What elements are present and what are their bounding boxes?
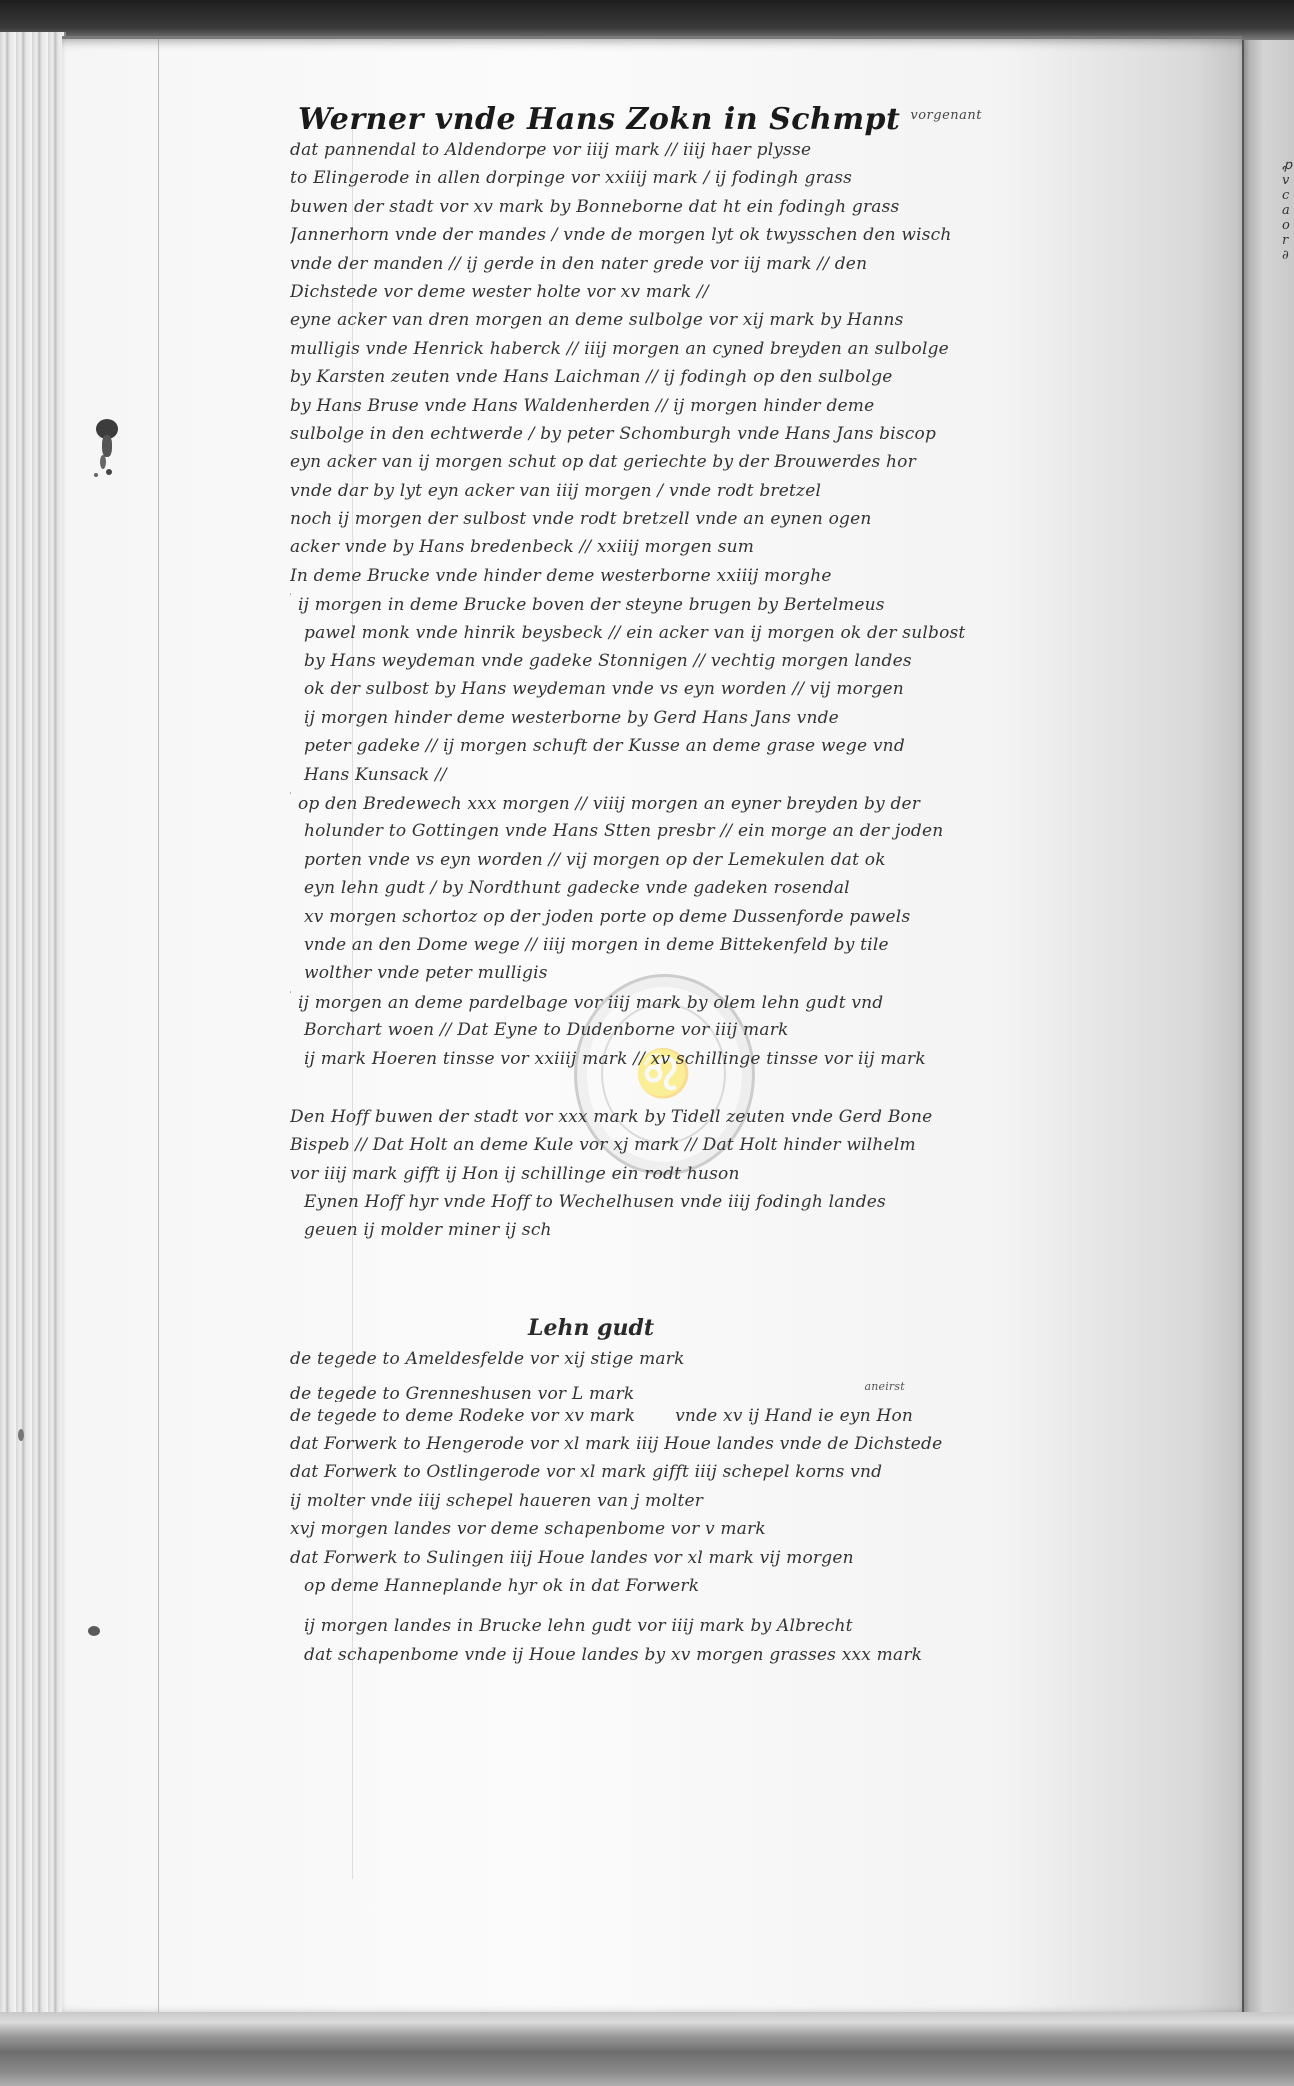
scanner-bottom-edge: [0, 2012, 1294, 2086]
ink-speck: [88, 1626, 100, 1636]
text-line: sulbolge in den echtwerde / by peter Sch…: [290, 420, 1190, 448]
text-line: Borchart woen // Dat Eyne to Dudenborne …: [290, 1016, 1190, 1044]
text-line: dat Forwerk to Hengerode vor xl mark iii…: [290, 1430, 1190, 1458]
section-3: ¶op den Bredewech xxx morgen // viiij mo…: [290, 789, 1190, 988]
text-line: xvj morgen landes vor deme schapenbome v…: [290, 1515, 1190, 1543]
text-line: eyn acker van ij morgen schut op dat ger…: [290, 448, 1190, 476]
text-line: Eynen Hoff hyr vnde Hoff to Wechelhusen …: [290, 1188, 1190, 1216]
spacer: [290, 1073, 1190, 1103]
marginal-addition: vnde xv ij Hand ie eyn Hon: [675, 1406, 913, 1426]
stacked-page-edges: [0, 32, 66, 2016]
paragraph-mark-icon: ¶: [290, 988, 298, 1016]
text-line: buwen der stadt vor xv mark by Bonneborn…: [290, 193, 1190, 221]
text-line: by Hans Bruse vnde Hans Waldenherden // …: [290, 392, 1190, 420]
section-2: In deme Brucke vnde hinder deme westerbo…: [290, 562, 1190, 789]
text-line: pawel monk vnde hinrik beysbeck // ein a…: [290, 619, 1190, 647]
spacer: [290, 1245, 1190, 1311]
text-line: Hans Kunsack //: [290, 761, 1190, 789]
text-line: vnde an den Dome wege // iiij morgen in …: [290, 931, 1190, 959]
entry-heading: Werner vnde Hans Zokn in Schmptvorgenant: [298, 96, 1190, 136]
text-line: ij molter vnde iiij schepel haueren van …: [290, 1487, 1190, 1515]
paragraph-mark-icon: ¶: [290, 789, 298, 817]
scanner-top-edge: [0, 0, 1294, 40]
ink-blot: [92, 419, 120, 481]
text-line: dat pannendal to Aldendorpe vor iiij mar…: [290, 136, 1190, 164]
ink-speck: [18, 1429, 24, 1441]
text-line: geuen ij molder miner ij sch: [290, 1216, 1190, 1244]
text-line: vor iiij mark gifft ij Hon ij schillinge…: [290, 1160, 1190, 1188]
text-line: dat Forwerk to Sulingen iiij Houe landes…: [290, 1544, 1190, 1572]
text-line: porten vnde vs eyn worden // vij morgen …: [290, 846, 1190, 874]
text-line: acker vnde by Hans bredenbeck // xxiiij …: [290, 533, 1190, 561]
text-line: dat schapenbome vnde ij Houe landes by x…: [290, 1641, 1190, 1669]
text-line: ¶ij morgen an deme pardelbage vor iiij m…: [290, 988, 1190, 1016]
section-1: dat pannendal to Aldendorpe vor iiij mar…: [290, 136, 1190, 562]
section-title: Lehn gudt: [290, 1311, 1190, 1345]
margin-ruling-line: [158, 39, 159, 2017]
text-line: ok der sulbost by Hans weydeman vnde vs …: [290, 675, 1190, 703]
adjacent-leaf-edge: ꝓ v c a o r ∂: [1242, 40, 1294, 2012]
text-line: ij morgen landes in Brucke lehn gudt vor…: [290, 1612, 1190, 1640]
section-6: de tegede to Ameldesfelde vor xij stige …: [290, 1345, 1190, 1601]
text-line: xv morgen schortoz op der joden porte op…: [290, 903, 1190, 931]
section-5: Den Hoff buwen der stadt vor xxx mark by…: [290, 1103, 1190, 1245]
text-line: eyne acker van dren morgen an deme sulbo…: [290, 306, 1190, 334]
text-line: eyn lehn gudt / by Nordthunt gadecke vnd…: [290, 874, 1190, 902]
spacer: [290, 1600, 1190, 1612]
manuscript-text: Werner vnde Hans Zokn in Schmptvorgenant…: [290, 96, 1190, 1669]
text-line: peter gadeke // ij morgen schuft der Kus…: [290, 732, 1190, 760]
text-line: mulligis vnde Henrick haberck // iiij mo…: [290, 335, 1190, 363]
text-line: op deme Hanneplande hyr ok in dat Forwer…: [290, 1572, 1190, 1600]
text-line: holunder to Gottingen vnde Hans Stten pr…: [290, 817, 1190, 845]
text-line: ij mark Hoeren tinsse vor xxiiij mark //…: [290, 1045, 1190, 1073]
text-line: de tegede to Ameldesfelde vor xij stige …: [290, 1345, 1190, 1373]
text-line: by Karsten zeuten vnde Hans Laichman // …: [290, 363, 1190, 391]
interlinear-note: aneirst: [864, 1380, 904, 1393]
adjacent-leaf-marks: ꝓ v c a o r ∂: [1282, 158, 1292, 263]
section-4: ¶ij morgen an deme pardelbage vor iiij m…: [290, 988, 1190, 1073]
text-line: noch ij morgen der sulbost vnde rodt bre…: [290, 505, 1190, 533]
text-line: vnde dar by lyt eyn acker van iiij morge…: [290, 477, 1190, 505]
text-line: Den Hoff buwen der stadt vor xxx mark by…: [290, 1103, 1190, 1131]
text-line: Bispeb // Dat Holt an deme Kule vor xj m…: [290, 1131, 1190, 1159]
text-line: Jannerhorn vnde der mandes / vnde de mor…: [290, 221, 1190, 249]
text-line: dat Forwerk to Ostlingerode vor xl mark …: [290, 1458, 1190, 1486]
paragraph-mark-icon: ¶: [290, 590, 298, 618]
text-line: by Hans weydeman vnde gadeke Stonnigen /…: [290, 647, 1190, 675]
text-line: to Elingerode in allen dorpinge vor xxii…: [290, 164, 1190, 192]
heading-note: vorgenant: [910, 108, 982, 123]
text-line: ij morgen hinder deme westerborne by Ger…: [290, 704, 1190, 732]
text-line: In deme Brucke vnde hinder deme westerbo…: [290, 562, 1190, 590]
text-line: vnde der manden // ij gerde in den nater…: [290, 250, 1190, 278]
text-line: wolther vnde peter mulligis: [290, 959, 1190, 987]
text-line: de tegede to deme Rodeke vor xv markvnde…: [290, 1402, 1190, 1430]
text-line: ¶ij morgen in deme Brucke boven der stey…: [290, 590, 1190, 618]
text-line: Dichstede vor deme wester holte vor xv m…: [290, 278, 1190, 306]
text-line: ¶op den Bredewech xxx morgen // viiij mo…: [290, 789, 1190, 817]
text-line: de tegede to Grenneshusen vor L markanei…: [290, 1373, 1190, 1401]
section-7: ij morgen landes in Brucke lehn gudt vor…: [290, 1612, 1190, 1669]
